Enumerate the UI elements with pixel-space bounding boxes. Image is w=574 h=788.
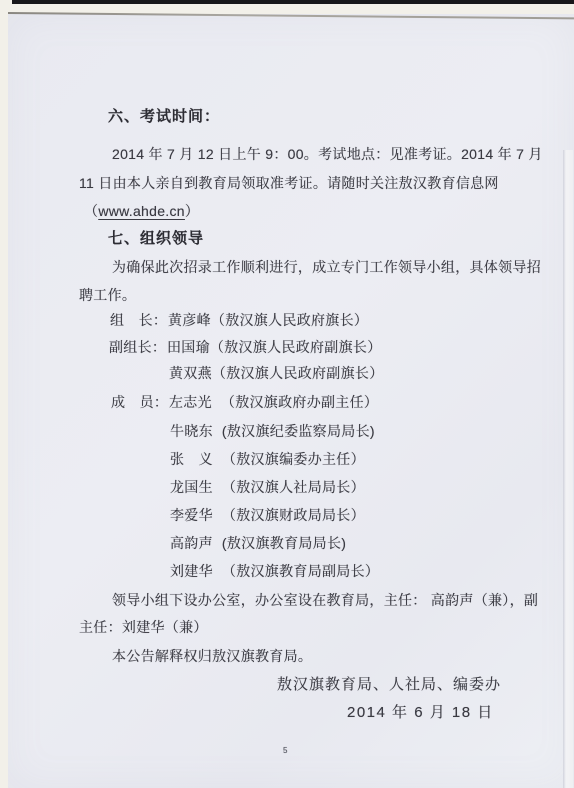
member-title: (敖汉旗纪委监察局局长) [222,423,375,439]
member-name: 龙国生 [170,477,213,497]
deputy-role-label: 副组长： [109,337,167,357]
member-title: (敖汉旗教育局局长) [222,535,346,551]
member-row: 牛晓东(敖汉旗纪委监察局局长) [170,421,375,441]
website-url: www.ahde.cn [98,203,185,219]
website-line: （www.ahde.cn） [84,201,199,221]
member-row: 龙国生（敖汉旗人社局局长） [170,477,365,497]
member-title: （敖汉旗人社局局长） [222,479,365,495]
organization-intro-line1: 为确保此次招录工作顺利进行，成立专门工作领导小组，具体领导招 [112,257,541,277]
member-name: 牛晓东 [170,421,213,441]
organization-intro-line2: 聘工作。 [79,285,136,305]
member-row: 刘建华（敖汉旗教育局副局长） [170,561,379,581]
member-name: 刘建华 [170,561,213,581]
member-name: 李爱华 [170,505,213,525]
member-name: 左志光 [169,392,212,412]
scanned-page: 六、考试时间： 2014 年 7 月 12 日上午 9：00。考试地点：见准考证… [0,0,574,788]
member-title: （敖汉旗教育局副局长） [222,563,379,579]
member-title: （敖汉旗政府办副主任） [221,394,378,410]
paren-close: ） [185,203,199,219]
member-row: 成 员：左志光（敖汉旗政府办副主任） [111,392,378,412]
group-leader-row: 组 长：黄彦峰（敖汉旗人民政府旗长） [110,310,368,330]
members-role-label: 成 员： [111,392,169,412]
date-line: 2014 年 6 月 18 日 [347,703,494,723]
paren-open: （ [84,203,98,219]
group-leader-name-title: 黄彦峰（敖汉旗人民政府旗长） [168,312,368,328]
group-leader-role-label: 组 长： [110,310,168,330]
office-line1: 领导小组下设办公室，办公室设在教育局，主任： 高韵声（兼），副 [112,590,538,610]
exam-time-line2: 11 日由本人亲自到教育局领取准考证。请随时关注敖汉教育信息网 [79,173,499,193]
member-name: 高韵声 [170,533,213,553]
heading-exam-time: 六、考试时间： [108,107,220,127]
deputy2-row: 黄双燕（敖汉旗人民政府副旗长） [169,363,384,383]
member-name: 张 义 [170,449,213,469]
exam-time-line1: 2014 年 7 月 12 日上午 9：00。考试地点：见准考证。2014 年 … [112,144,543,164]
member-row: 高韵声(敖汉旗教育局局长) [170,533,346,553]
deputy1-name-title: 田国瑜（敖汉旗人民政府副旗长） [167,339,382,355]
interpretation-line: 本公告解释权归敖汉旗教育局。 [112,646,312,666]
office-line2: 主任：刘建华（兼） [79,617,208,637]
member-row: 李爱华（敖汉旗财政局局长） [170,505,365,525]
member-title: （敖汉旗财政局局长） [222,507,365,523]
scanner-lid-strip [12,0,574,4]
page-number: 5 [283,741,287,761]
member-row: 张 义（敖汉旗编委办主任） [170,449,365,469]
paper-fold-line [563,150,573,788]
deputy-leader-row: 副组长：田国瑜（敖汉旗人民政府副旗长） [109,337,382,357]
member-title: （敖汉旗编委办主任） [222,451,365,467]
heading-organization: 七、组织领导 [108,229,204,249]
issuer-line: 敖汉旗教育局、人社局、编委办 [277,675,501,695]
